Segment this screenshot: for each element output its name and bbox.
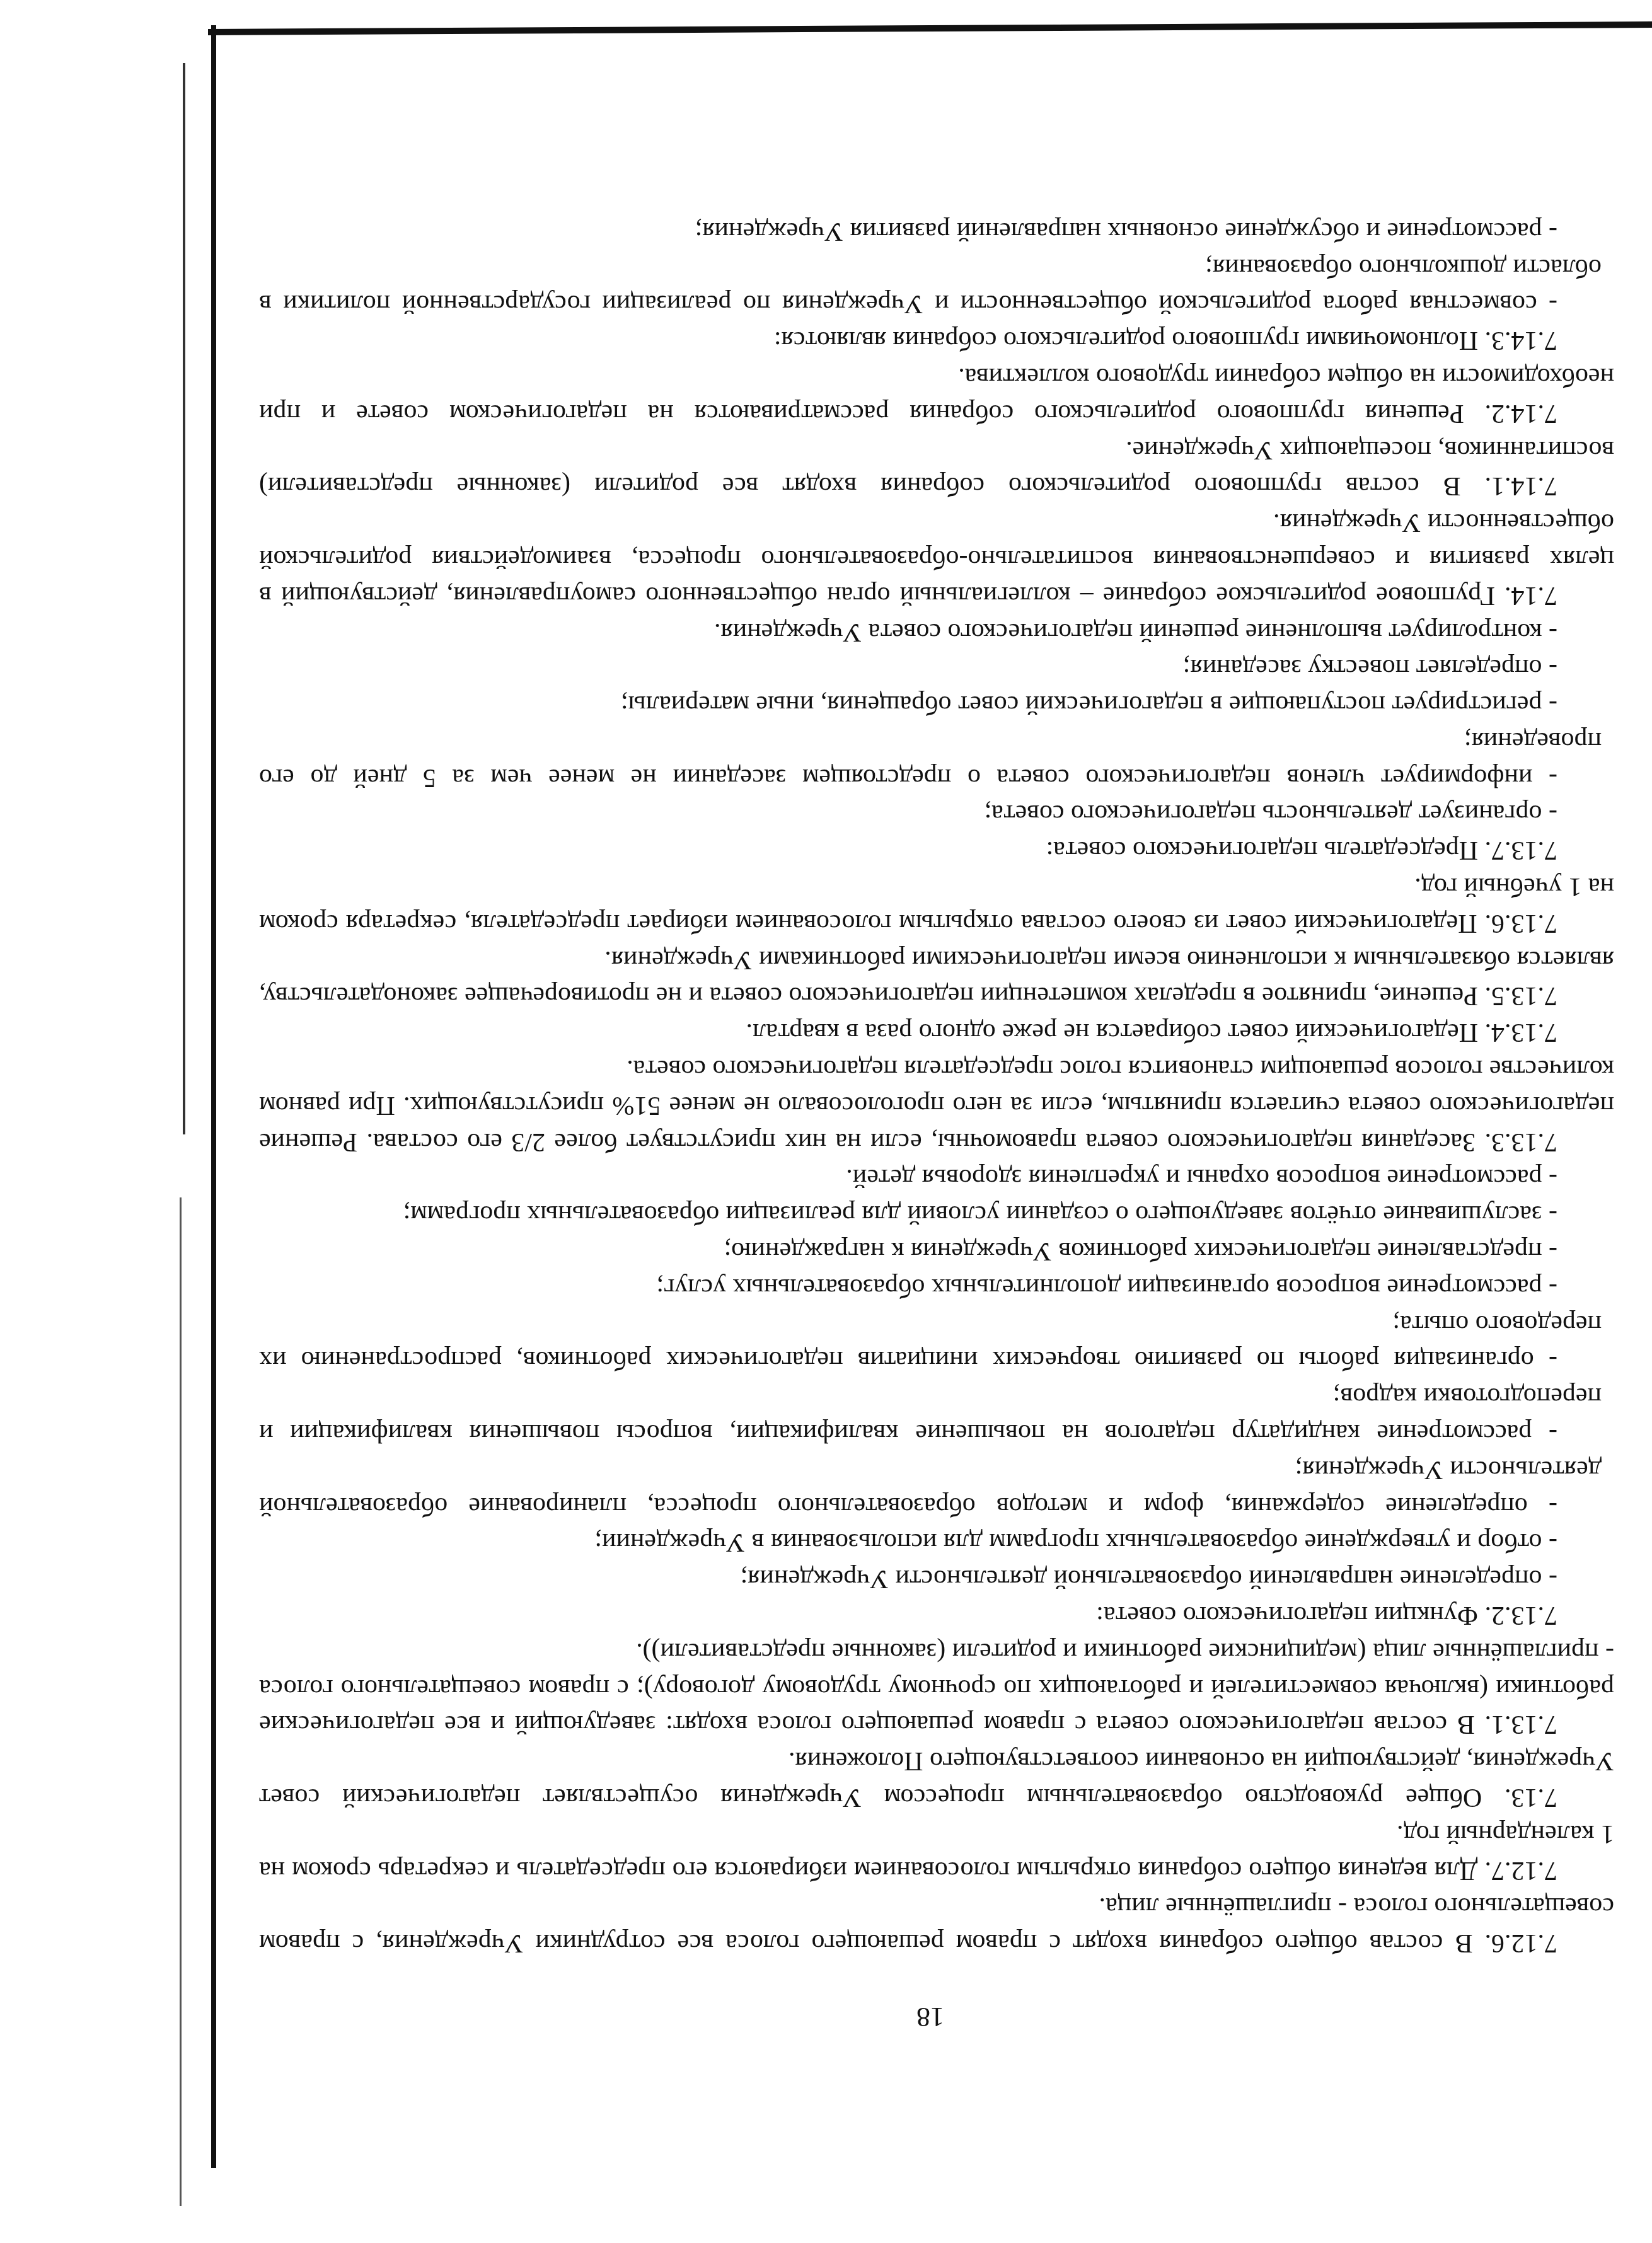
paragraph: 7.13.6. Педагогический совет из своего с…: [259, 868, 1614, 941]
list-item: - организация работы по развитию творчес…: [259, 1305, 1614, 1378]
paragraph: 7.13.5. Решение, принятое в пределах ком…: [259, 941, 1614, 1014]
list-item: - представление педагогических работнико…: [259, 1232, 1614, 1269]
list-item: - определяет повестку заседания;: [259, 650, 1614, 686]
paragraph: 7.13. Общее руководство образовательным …: [259, 1742, 1614, 1815]
scanned-page: 18 7.12.6. В состав общего собрания вход…: [0, 0, 1652, 2243]
list-item: - информирует членов педагогического сов…: [259, 722, 1614, 795]
list-item: - совместная работа родительской обществ…: [259, 249, 1614, 322]
paragraph: 7.13.1. В состав педагогического совета …: [259, 1633, 1614, 1742]
list-item: - рассмотрение кандидатур педагогов на п…: [259, 1378, 1614, 1451]
paragraph: 7.13.2. Функции педагогического совета:: [259, 1596, 1614, 1633]
page-number: 18: [259, 1998, 1602, 2035]
list-item: - определение направлений образовательно…: [259, 1560, 1614, 1596]
page-body: 18 7.12.6. В состав общего собрания вход…: [259, 212, 1614, 2035]
list-item: - рассмотрение вопросов организации допо…: [259, 1269, 1614, 1305]
list-item: - контролирует выполнение решений педаго…: [259, 613, 1614, 650]
paragraph: 7.14.2. Решения группового родительского…: [259, 358, 1614, 431]
paragraph: 7.12.6. В состав общего собрания входят …: [259, 1888, 1614, 1961]
list-item: - рассмотрение вопросов охраны и укрепле…: [259, 1160, 1614, 1196]
paragraph: 7.13.3. Заседания педагогического совета…: [259, 1050, 1614, 1159]
paragraph: 7.14. Групповое родительское собрание – …: [259, 504, 1614, 613]
paragraph: 7.14.3. Полномочиями группового родитель…: [259, 321, 1614, 358]
list-item: - регистрирует поступающие в педагогичес…: [259, 686, 1614, 722]
paragraph: 7.13.4. Педагогический совет собирается …: [259, 1013, 1614, 1050]
paragraph: 7.13.7. Председатель педагогического сов…: [259, 832, 1614, 868]
paragraph: 7.14.1. В состав группового родительског…: [259, 431, 1614, 504]
list-item: - определение содержания, форм и методов…: [259, 1451, 1614, 1524]
list-item: - рассмотрение и обсуждение основных нап…: [259, 212, 1614, 249]
list-item: - отбор и утверждение образовательных пр…: [259, 1524, 1614, 1560]
list-item: - заслушивание отчётов заведующего о соз…: [259, 1196, 1614, 1232]
list-item: - организует деятельность педагогическог…: [259, 795, 1614, 832]
paragraph: 7.12.7. Для ведения общего собрания откр…: [259, 1815, 1614, 1888]
